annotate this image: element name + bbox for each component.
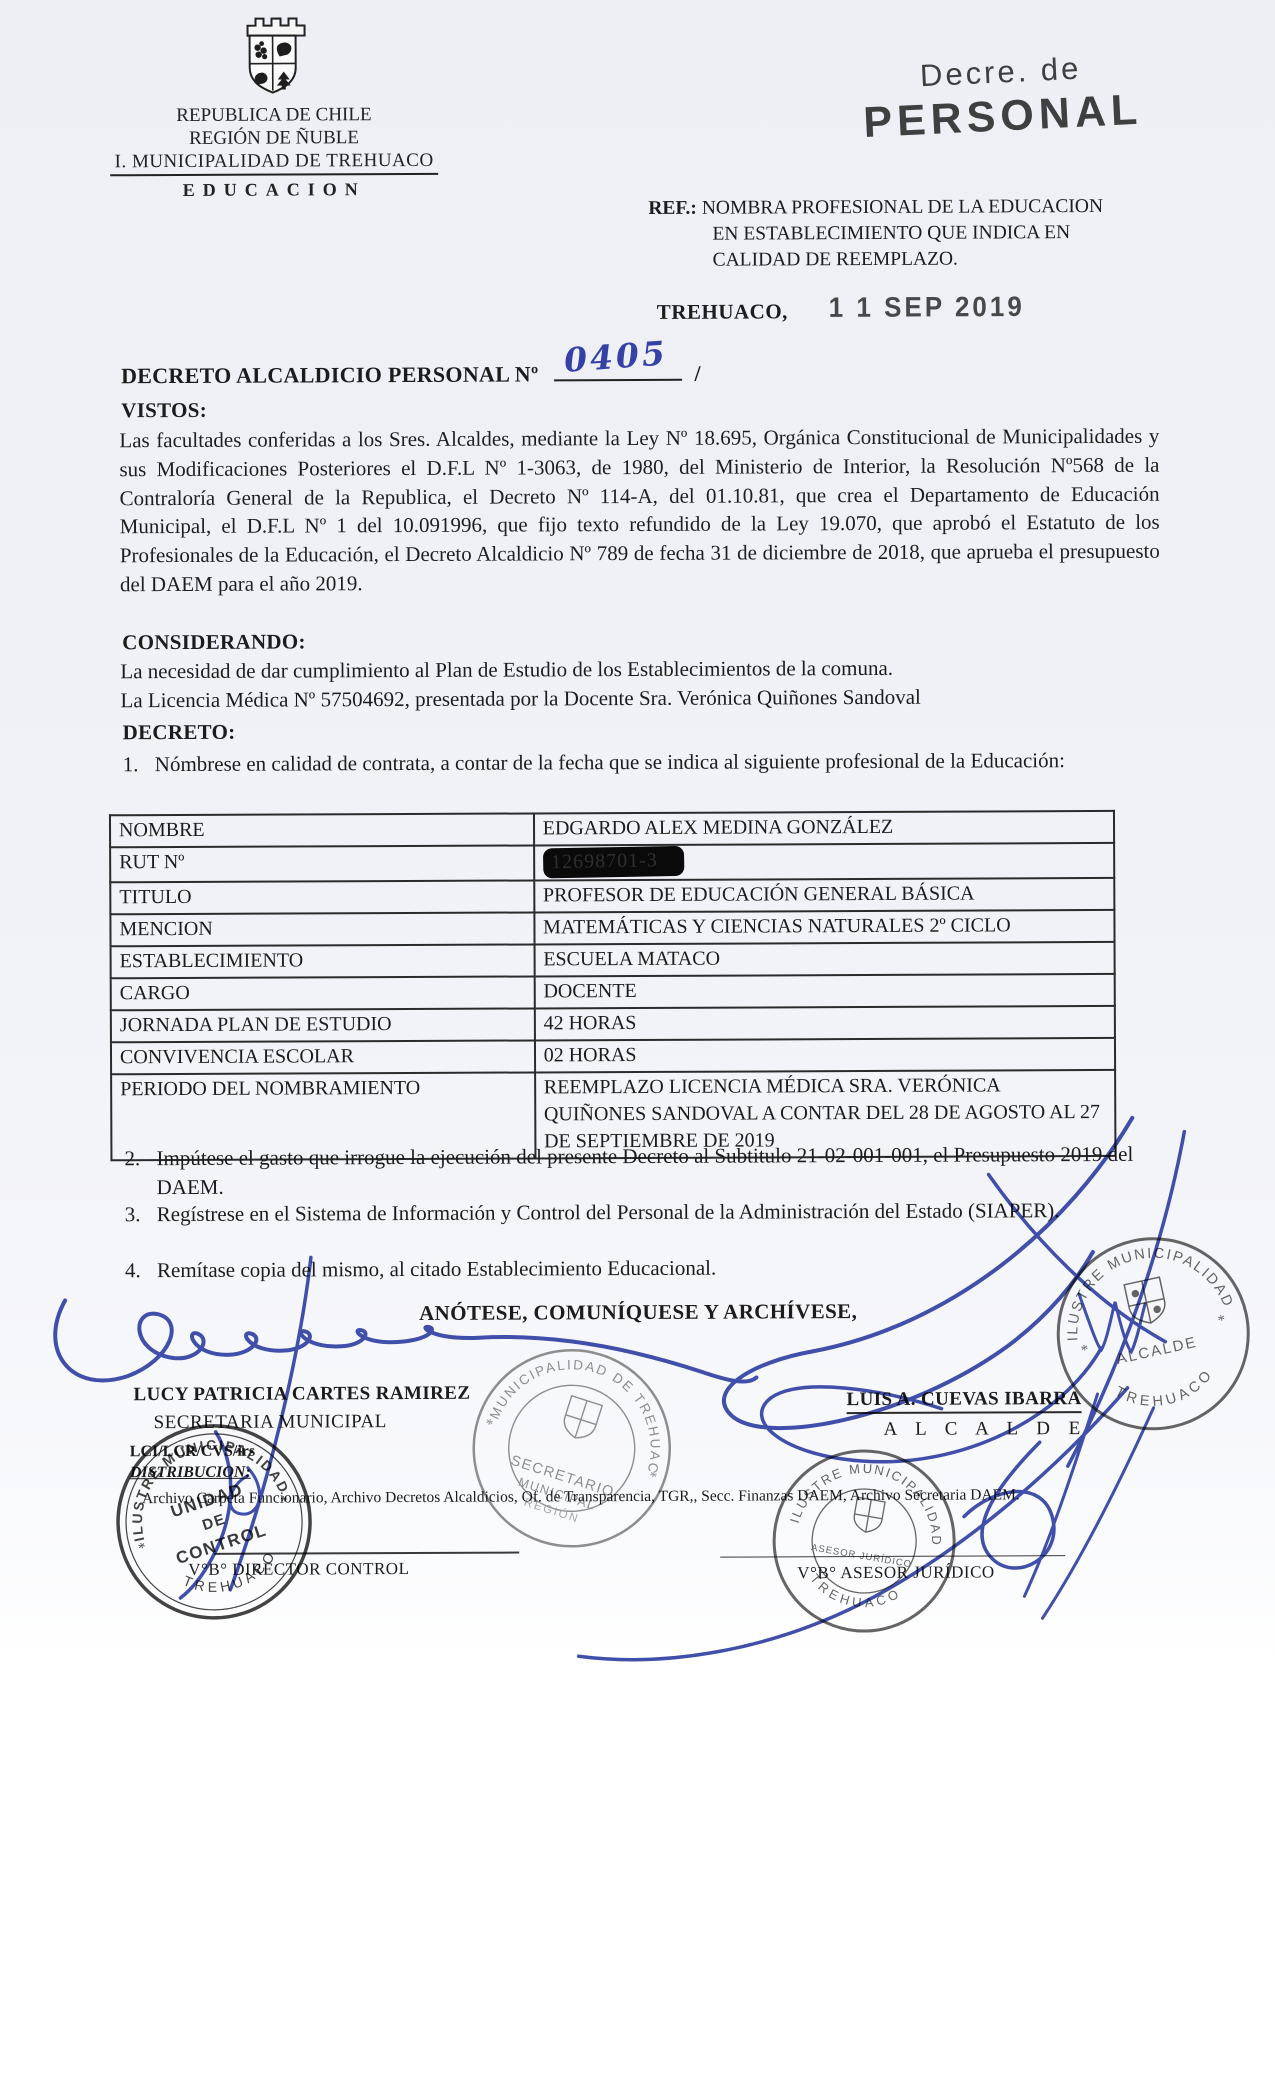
- stamp-center-text: ALCALDE: [1115, 1334, 1199, 1368]
- row-value: PROFESOR DE EDUCACIÓN GENERAL BÁSICA: [534, 878, 1114, 913]
- signer-right-name: LUIS A. CUEVAS IBARRA: [846, 1388, 1081, 1414]
- ref-line3: CALIDAD DE REEMPLAZO.: [649, 246, 1154, 274]
- letterhead-department: EDUCACION: [74, 178, 474, 203]
- decree-number-slot: 0405: [554, 349, 682, 382]
- considerando-lines: La necesidad de dar cumplimiento al Plan…: [120, 653, 1165, 716]
- decree-item-4-text: Remítase copia del mismo, al citado Esta…: [157, 1256, 716, 1282]
- row-value: 42 HORAS: [535, 1006, 1115, 1041]
- decree-item-4: 4.Remítase copia del mismo, al citado Es…: [125, 1252, 1192, 1285]
- table-row: TITULOPROFESOR DE EDUCACIÓN GENERAL BÁSI…: [110, 878, 1114, 914]
- stamp-center-text: DE: [200, 1511, 228, 1535]
- svg-text:*: *: [646, 1469, 658, 1487]
- letterhead-republic: REPUBLICA DE CHILE: [74, 103, 474, 128]
- table-row: JORNADA PLAN DE ESTUDIO42 HORAS: [111, 1006, 1115, 1042]
- row-label: CONVIVENCIA ESCOLAR: [111, 1040, 535, 1074]
- svg-text:*: *: [137, 1540, 149, 1558]
- stamp-ring-text: ILUSTRE MUNICIPALIDAD: [1049, 1229, 1237, 1344]
- scanned-decree-page: REPUBLICA DE CHILE REGIÓN DE ÑUBLE I. MU…: [0, 0, 1275, 2100]
- letterhead-municipality: I. MUNICIPALIDAD DE TREHUACO: [111, 149, 438, 176]
- svg-text:*: *: [1216, 1312, 1227, 1329]
- row-label: NOMBRE: [110, 813, 534, 847]
- ref-line1: NOMBRA PROFESIONAL DE LA EDUCACION: [702, 196, 1103, 219]
- appointment-table: NOMBREEDGARDO ALEX MEDINA GONZÁLEZ RUT N…: [109, 810, 1117, 1161]
- decree-number-line: DECRETO ALCALDICIO PERSONAL Nº0405/: [121, 349, 701, 390]
- typist-initials: LCI/LCR/CVS/irs: [130, 1443, 255, 1462]
- decree-item-2: 2.Impútese el gasto que irrogue la ejecu…: [124, 1140, 1191, 1202]
- svg-text:TREHUACO: TREHUACO: [1109, 1363, 1222, 1420]
- handwritten-decree-number: 0405: [563, 333, 669, 380]
- considerando-line2: La Licencia Médica Nº 57504692, presenta…: [120, 682, 1165, 716]
- closing-formula: ANÓTESE, COMUNÍQUESE Y ARCHÍVESE,: [128, 1298, 1148, 1327]
- row-label: RUT Nº: [110, 845, 534, 882]
- document: REPUBLICA DE CHILE REGIÓN DE ÑUBLE I. MU…: [0, 0, 1275, 2100]
- svg-text:*: *: [483, 1416, 495, 1434]
- row-value: EDGARDO ALEX MEDINA GONZÁLEZ: [534, 811, 1114, 846]
- row-label: JORNADA PLAN DE ESTUDIO: [111, 1008, 535, 1042]
- decree-number-slash: /: [694, 361, 701, 386]
- considerando-title: CONSIDERANDO:: [122, 629, 306, 655]
- redaction-mark: 12698701-3: [543, 846, 684, 879]
- decree-number-label: DECRETO ALCALDICIO PERSONAL Nº: [121, 361, 539, 388]
- table-row: CARGODOCENTE: [111, 974, 1115, 1010]
- row-value: MATEMÁTICAS Y CIENCIAS NATURALES 2º CICL…: [534, 910, 1114, 945]
- vistos-body: Las facultades conferidas a los Sres. Al…: [119, 422, 1160, 599]
- dateline-city: TREHUACO,: [657, 299, 788, 325]
- row-label: MENCION: [110, 912, 534, 946]
- vb-juridico-text: V°B° ASESOR JURÍDICO: [797, 1562, 995, 1583]
- row-label: CARGO: [111, 976, 535, 1010]
- distribution-list: Archivo Carpeta Funcionario, Archivo Dec…: [142, 1486, 1182, 1509]
- decree-item-4-number: 4.: [125, 1256, 157, 1285]
- row-label: ESTABLECIMIENTO: [111, 944, 535, 978]
- decree-item-1-text: Nómbrese en calidad de contrata, a conta…: [155, 748, 1065, 776]
- decree-item-1: 1.Nómbrese en calidad de contrata, a con…: [123, 746, 1190, 779]
- row-value: DOCENTE: [534, 974, 1114, 1009]
- row-value: 02 HORAS: [535, 1038, 1115, 1073]
- signer-right-title: A L C A L D E: [884, 1418, 1088, 1441]
- considerando-line1: La necesidad de dar cumplimiento al Plan…: [120, 653, 1165, 687]
- table-row: RUT Nº12698701-3: [110, 843, 1114, 882]
- ref-block: REF.: NOMBRA PROFESIONAL DE LA EDUCACION…: [648, 194, 1153, 274]
- vb-juridico-line: [720, 1555, 1065, 1558]
- vb-control-line: [214, 1552, 519, 1555]
- date-stamp: 1 1 SEP 2019: [829, 290, 1025, 324]
- vb-control-text: V°B° DIRECTOR CONTROL: [188, 1559, 409, 1580]
- unidad-control-stamp: ILUSTRE MUNICIPALIDAD TREHUACO * * UNIDA…: [93, 1401, 335, 1643]
- personal-decree-ink-stamp: Decre. de PERSONAL: [850, 47, 1154, 148]
- distribution-label: DISTRIBUCION:: [130, 1464, 251, 1483]
- stamp-ring-text: TREHUACO: [1109, 1363, 1222, 1420]
- municipal-coat-of-arms-icon: [217, 5, 327, 105]
- decree-item-2-number: 2.: [124, 1144, 156, 1173]
- decree-item-2-text: Impútese el gasto que irrogue la ejecuci…: [156, 1142, 1133, 1199]
- decree-item-3-text: Regístrese en el Sistema de Información …: [157, 1198, 1060, 1226]
- row-value: 12698701-3: [534, 843, 1114, 881]
- vistos-title: VISTOS:: [121, 398, 207, 423]
- row-value: ESCUELA MATACO: [534, 942, 1114, 977]
- ref-label: REF.:: [648, 198, 697, 219]
- decree-item-3-number: 3.: [125, 1200, 157, 1229]
- decree-item-3: 3.Regístrese en el Sistema de Informació…: [125, 1196, 1192, 1229]
- ref-line2: EN ESTABLECIMIENTO QUE INDICA EN: [648, 220, 1153, 248]
- svg-text:ILUSTRE MUNICIPALIDAD: ILUSTRE MUNICIPALIDAD: [1049, 1229, 1237, 1344]
- signer-left-title: SECRETARIA MUNICIPAL: [154, 1411, 387, 1434]
- letterhead-region: REGIÓN DE ÑUBLE: [74, 126, 474, 151]
- decree-item-1-number: 1.: [123, 750, 155, 779]
- table-row: NOMBREEDGARDO ALEX MEDINA GONZÁLEZ: [110, 811, 1114, 847]
- table-row: ESTABLECIMIENTOESCUELA MATACO: [111, 942, 1115, 978]
- table-row: CONVIVENCIA ESCOLAR02 HORAS: [111, 1038, 1115, 1074]
- signer-left-name: LUCY PATRICIA CARTES RAMIREZ: [133, 1383, 470, 1406]
- letterhead: REPUBLICA DE CHILE REGIÓN DE ÑUBLE I. MU…: [74, 103, 474, 203]
- table-row: MENCIONMATEMÁTICAS Y CIENCIAS NATURALES …: [110, 910, 1114, 946]
- svg-text:*: *: [1080, 1342, 1091, 1359]
- row-label: TITULO: [110, 880, 534, 914]
- decreto-title: DECRETO:: [123, 720, 236, 745]
- asesor-juridico-stamp: ILUSTRE MUNICIPALIDAD TREHUACO ASESOR JU…: [760, 1437, 968, 1645]
